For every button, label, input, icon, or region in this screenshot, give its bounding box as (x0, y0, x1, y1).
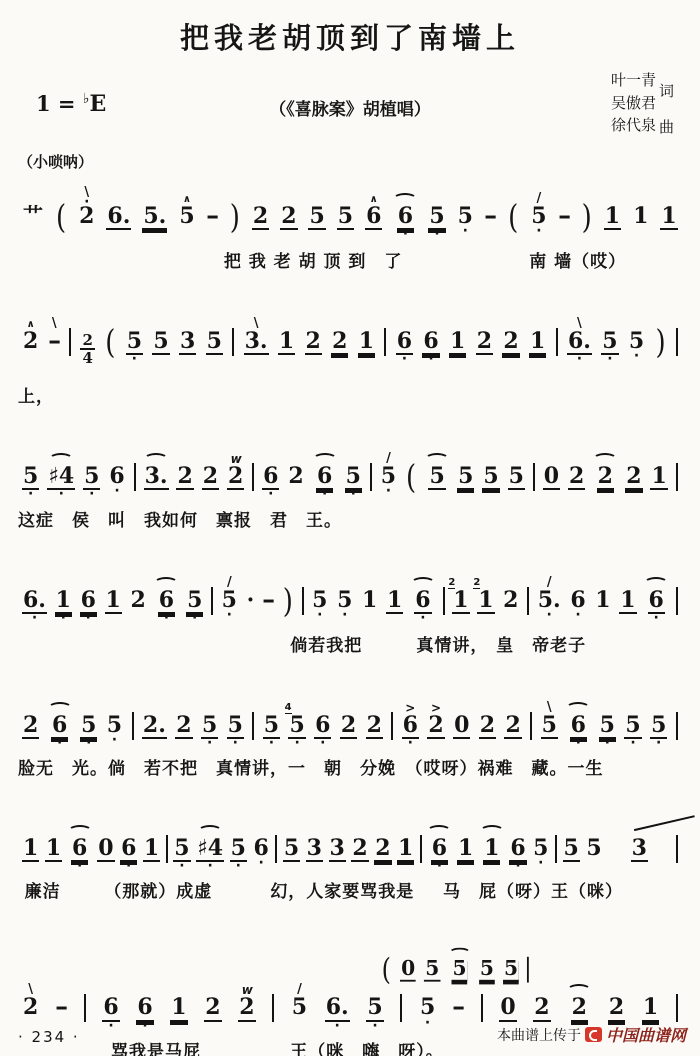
note-token: 45· (288, 697, 305, 750)
note-token: 2 (593, 448, 617, 501)
note-token: 1 (22, 820, 39, 873)
music-system: 5·♯4·5·6·3.22w26·26·5·/5·(555502221这症 侯 … (18, 448, 682, 529)
note-token: 5· (532, 820, 549, 870)
credit-names: 叶一青 吴傲君 徐代泉 (611, 69, 656, 138)
note-token: \- (49, 313, 60, 363)
note-token: 5 (308, 188, 325, 241)
lyric-segment: 幻，人家要骂我是 (270, 877, 414, 902)
note-token: 6· (569, 572, 586, 622)
lyric-segment: （那就）成虚 (104, 877, 212, 902)
note-token: 6. (106, 188, 131, 241)
credit-name: 徐代泉 (611, 114, 656, 137)
pickup-insert-row: (05555 (18, 943, 682, 979)
music-line: 6.·1·6·126·5·/5··-)5·5·116·21212/5.·6·11… (18, 572, 682, 627)
parenthesis: ( (405, 448, 417, 503)
note-token: /5· (380, 448, 397, 498)
ornament-g2-icon: 2 (448, 578, 455, 589)
note-token: 1 (45, 820, 62, 873)
note-token: 1 (105, 572, 122, 625)
note-token: 5· (173, 820, 190, 873)
note-token: 2 (568, 448, 585, 501)
note-token: 6· (427, 820, 451, 873)
note-token: 1 (143, 820, 160, 873)
lyric-segment: 脸无 光。倘 若不把 真情讲，一 朝 分娩 （哎呀）祸难 藏。一生 (18, 754, 604, 779)
note-token: \3. (244, 313, 269, 366)
note-token: 3 (608, 820, 670, 873)
note-token: w2 (227, 448, 244, 501)
note-token: ♯4· (196, 820, 224, 873)
note-token: 2 (175, 697, 192, 750)
note-token: 5· (80, 697, 97, 750)
barline (134, 463, 136, 491)
barline (676, 994, 678, 1022)
note-token: ∧5 (178, 188, 195, 238)
note-token: 5· (624, 697, 641, 750)
barline (275, 835, 277, 863)
note-token: 2 (502, 572, 519, 622)
note-token: 5· (336, 572, 353, 622)
lyric-segment: 皇 帝老子 (496, 631, 586, 656)
note-token: 1 (480, 820, 504, 873)
note-token: 2 (280, 188, 297, 241)
barline (69, 328, 71, 356)
note-token: 2 (129, 572, 146, 622)
note-token: 5· (201, 697, 218, 750)
note-token: \6.· (567, 313, 592, 366)
note-token: 5· (227, 697, 244, 750)
barline (84, 994, 86, 1022)
note-token: - (559, 188, 570, 238)
note-token: 5· (83, 448, 100, 501)
credit-name: 叶一青 (611, 69, 656, 92)
ornament-long-icon (634, 815, 695, 831)
barline (400, 994, 402, 1022)
lyric-line: 倘若我把真情讲，皇 帝老子 (18, 631, 682, 653)
note-token: \5 (541, 697, 558, 750)
note-token: 5· (599, 697, 616, 750)
note-token: 2 (374, 820, 391, 873)
note-token: 3 (306, 820, 323, 873)
note-token: 21 (452, 572, 469, 625)
note-token: 5 (206, 313, 223, 366)
note-token: 2 (252, 188, 269, 241)
lyric-segment: 倘若我把 (290, 631, 362, 656)
note-token: 5· (428, 188, 445, 241)
note-token: 5· (126, 313, 143, 366)
note-token: >6· (402, 697, 419, 750)
music-system: 116·06·15·♯4·5·6·5332216·116·5·553廉洁（那就）… (18, 820, 682, 899)
note-token: 0 (97, 820, 114, 873)
note-token: 2 (625, 448, 642, 501)
time-signature: 24 (80, 313, 94, 378)
music-line: ∧2\-24(5·535\3.12216·6·1221\6.·5·5·) (18, 313, 682, 378)
music-system: 6.·1·6·126·5·/5··-)5·5·116·21212/5.·6·11… (18, 572, 682, 653)
page-title: 把我老胡顶到了南墙上 (18, 16, 682, 57)
note-token: 6.· (22, 572, 47, 625)
note-token: 5· (345, 448, 362, 501)
note-token: 5 (508, 448, 525, 501)
sheet-music-page: 把我老胡顶到了南墙上 1 = ♭E （《喜脉案》胡植唱） 叶一青 吴傲君 徐代泉… (0, 0, 700, 1056)
composer-role: 曲 (659, 116, 674, 139)
barline (676, 587, 678, 615)
barline (527, 957, 529, 983)
note-token: 5· (628, 313, 645, 363)
barline (252, 463, 254, 491)
barline (555, 835, 557, 863)
note-token: 1 (660, 188, 677, 241)
note-token: 3. (144, 448, 169, 501)
free-meter-symbol: 艹 (22, 188, 44, 236)
barline (132, 712, 134, 740)
barline (481, 994, 483, 1022)
note-token: 6· (120, 820, 137, 873)
note-token: 6· (252, 820, 269, 870)
page-number: · 234 · (18, 1028, 80, 1046)
parenthesis: ) (655, 313, 667, 368)
lyric-segment: 南 墙（哎） (529, 247, 626, 272)
note-token: /5· (221, 572, 238, 622)
note-token: 5· (230, 820, 247, 873)
note-token: 6· (48, 697, 72, 750)
note-token: 5· (457, 188, 474, 238)
lyric-line: 廉洁（那就）成虚幻，人家要骂我是马 屁（呀）王（咪） (18, 877, 682, 899)
note-token: 5· (601, 313, 618, 366)
lyric-segment: 上， (18, 382, 54, 407)
parenthesis: ) (282, 572, 294, 627)
note-token: \·2 (78, 188, 95, 238)
note-token: 1 (529, 313, 546, 366)
note-token: - (207, 188, 218, 238)
note-token: 1 (449, 313, 466, 366)
note-token: 6· (393, 188, 417, 241)
note-token: 1 (361, 572, 378, 622)
barline (676, 463, 678, 491)
note-token: 6· (108, 448, 125, 498)
barline (676, 328, 678, 356)
note-token: 1 (358, 313, 375, 366)
barline (391, 712, 393, 740)
note-token: 1· (55, 572, 72, 625)
note-token: 2 (287, 448, 304, 498)
barline (556, 328, 558, 356)
note-token: 5 (585, 820, 602, 870)
note-token: 6· (262, 448, 279, 501)
lyricist-role: 词 (659, 80, 674, 103)
note-token: 2 (176, 448, 193, 501)
barline (272, 994, 274, 1022)
barline (384, 328, 386, 356)
note-token: 1 (619, 572, 636, 625)
instrument-note: （小唢呐） (18, 151, 682, 172)
music-line: 26·5·5·2.25·5·5·45·6·22>6·>2022\56·5·5·5… (18, 697, 682, 750)
note-token: 2 (340, 697, 357, 750)
lyric-line: 这症 侯 叫 我如何 禀报 君 王。 (18, 506, 682, 528)
note-token: 2 (202, 448, 219, 501)
note-token: 1 (386, 572, 403, 625)
note-token: 0 (453, 697, 470, 750)
music-system: 艹(\·26.5.∧5-)2255∧66·5·5·-(/5·-)111把 我 老… (18, 188, 682, 269)
ornament-g4-icon: 4 (285, 703, 292, 714)
lyric-line: 上， (18, 382, 682, 404)
note-token: 5· (311, 572, 328, 622)
note-token: 5· (263, 697, 280, 750)
note-token: 3 (179, 313, 196, 366)
lyric-segment: 真情讲， (416, 631, 488, 656)
note-token: 5 (478, 943, 494, 992)
note-token: 2 (504, 697, 521, 750)
barline (370, 463, 372, 491)
note-token: 6· (396, 313, 413, 366)
note-token: 5 (337, 188, 354, 241)
note-token: 6· (422, 313, 439, 366)
note-token: 5 (457, 448, 474, 501)
lyric-line: 脸无 光。倘 若不把 真情讲，一 朝 分娩 （哎呀）祸难 藏。一生 (18, 754, 682, 776)
note-token: 6· (411, 572, 435, 625)
note-token: 6· (313, 448, 337, 501)
barline (676, 712, 678, 740)
note-token: 6· (314, 697, 331, 750)
note-token: 5· (22, 448, 39, 501)
note-token: 1 (650, 448, 667, 501)
note-token: ∧2 (22, 313, 39, 363)
ornament-g2-icon: 2 (473, 578, 480, 589)
note-token: 5 (482, 448, 499, 501)
watermark-prefix: 本曲谱上传于 (497, 1025, 581, 1045)
note-token: /5.· (537, 572, 562, 622)
site-logo-icon (585, 1027, 602, 1042)
page-footer: · 234 · 本曲谱上传于 中国曲谱网 (18, 1023, 686, 1046)
note-token: ♯4· (47, 448, 75, 501)
music-line: 艹(\·26.5.∧5-)2255∧66·5·5·-(/5·-)111 (18, 188, 682, 243)
note-token: 2 (366, 697, 383, 750)
note-token: - (263, 572, 274, 622)
parenthesis: ( (55, 188, 67, 243)
note-token: 5. (142, 188, 167, 241)
note-token: 3 (329, 820, 346, 873)
note-token: - (485, 188, 496, 238)
note-token: 5 (563, 820, 580, 873)
note-token: 2 (502, 313, 519, 366)
lyric-segment: 把 我 老 胡 顶 到 了 (224, 247, 403, 272)
score-body: 艹(\·26.5.∧5-)2255∧66·5·5·-(/5·-)111把 我 老… (18, 188, 682, 1056)
credit-roles: 词 曲 (659, 69, 674, 138)
parenthesis: ) (581, 188, 593, 243)
barline (166, 835, 168, 863)
note-token: 21 (477, 572, 494, 625)
barline (443, 587, 445, 615)
parenthesis: ) (229, 188, 241, 243)
note-token: 1 (397, 820, 414, 873)
music-line: 116·06·15·♯4·5·6·5332216·116·5·553 (18, 820, 682, 873)
barline (420, 835, 422, 863)
note-token: 5 (283, 820, 300, 873)
note-token: · (246, 572, 256, 622)
score-header: 1 = ♭E （《喜脉案》胡植唱） 叶一青 吴傲君 徐代泉 词 曲 (18, 67, 682, 151)
note-token: 6· (154, 572, 178, 625)
note-token: 2 (331, 313, 348, 366)
note-token: 2 (476, 313, 493, 366)
note-token: 1 (604, 188, 621, 241)
lyric-segment: 这症 侯 叫 我如何 禀报 君 王。 (18, 506, 342, 531)
note-token: 2 (351, 820, 368, 873)
note-token: 0 (400, 943, 416, 992)
note-token: 6· (68, 820, 92, 873)
barline (302, 587, 304, 615)
music-system: 26·5·5·2.25·5·5·45·6·22>6·>2022\56·5·5·5… (18, 697, 682, 776)
barline (211, 587, 213, 615)
subtitle: （《喜脉案》胡植唱） (18, 95, 682, 120)
note-token: ∧6 (365, 188, 382, 241)
music-line: 5·♯4·5·6·3.22w26·26·5·/5·(555502221 (18, 448, 682, 503)
barline (533, 463, 535, 491)
note-token: 2 (479, 697, 496, 750)
credit-name: 吴傲君 (611, 92, 656, 115)
note-token: 6· (566, 697, 590, 750)
note-token: 0 (543, 448, 560, 501)
lyric-line: 把 我 老 胡 顶 到 了南 墙（哎） (18, 247, 682, 269)
note-token: 2 (22, 697, 39, 750)
barline (232, 328, 234, 356)
note-token: 5· (106, 697, 123, 747)
note-token: 2 (305, 313, 322, 366)
note-token: 6· (644, 572, 668, 625)
watermark: 本曲谱上传于 中国曲谱网 (497, 1023, 686, 1046)
parenthesis: ( (104, 313, 116, 368)
lyric-segment: 马 屁（呀）王（咪） (443, 877, 623, 902)
parenthesis: ( (507, 188, 519, 243)
note-token: 6· (80, 572, 97, 625)
note-token: 1 (278, 313, 295, 366)
note-token: 5· (650, 697, 667, 750)
barline (527, 587, 529, 615)
barline (252, 712, 254, 740)
note-token: 5 (425, 448, 449, 501)
credits: 叶一青 吴傲君 徐代泉 词 曲 (611, 69, 674, 138)
note-token: 1 (457, 820, 474, 873)
note-token: 1 (594, 572, 611, 622)
watermark-site-name: 中国曲谱网 (606, 1023, 686, 1046)
barline (530, 712, 532, 740)
music-system: ∧2\-24(5·535\3.12216·6·1221\6.·5·5·)上， (18, 313, 682, 404)
note-token: 1 (632, 188, 649, 238)
barline (676, 835, 678, 863)
note-token: 2. (142, 697, 167, 750)
note-token: 5 (152, 313, 169, 366)
note-token: >2 (427, 697, 444, 750)
lyric-segment: 廉洁 (25, 877, 61, 902)
note-token: /5· (530, 188, 547, 238)
note-token: 5· (186, 572, 203, 625)
note-token: 6· (509, 820, 526, 873)
